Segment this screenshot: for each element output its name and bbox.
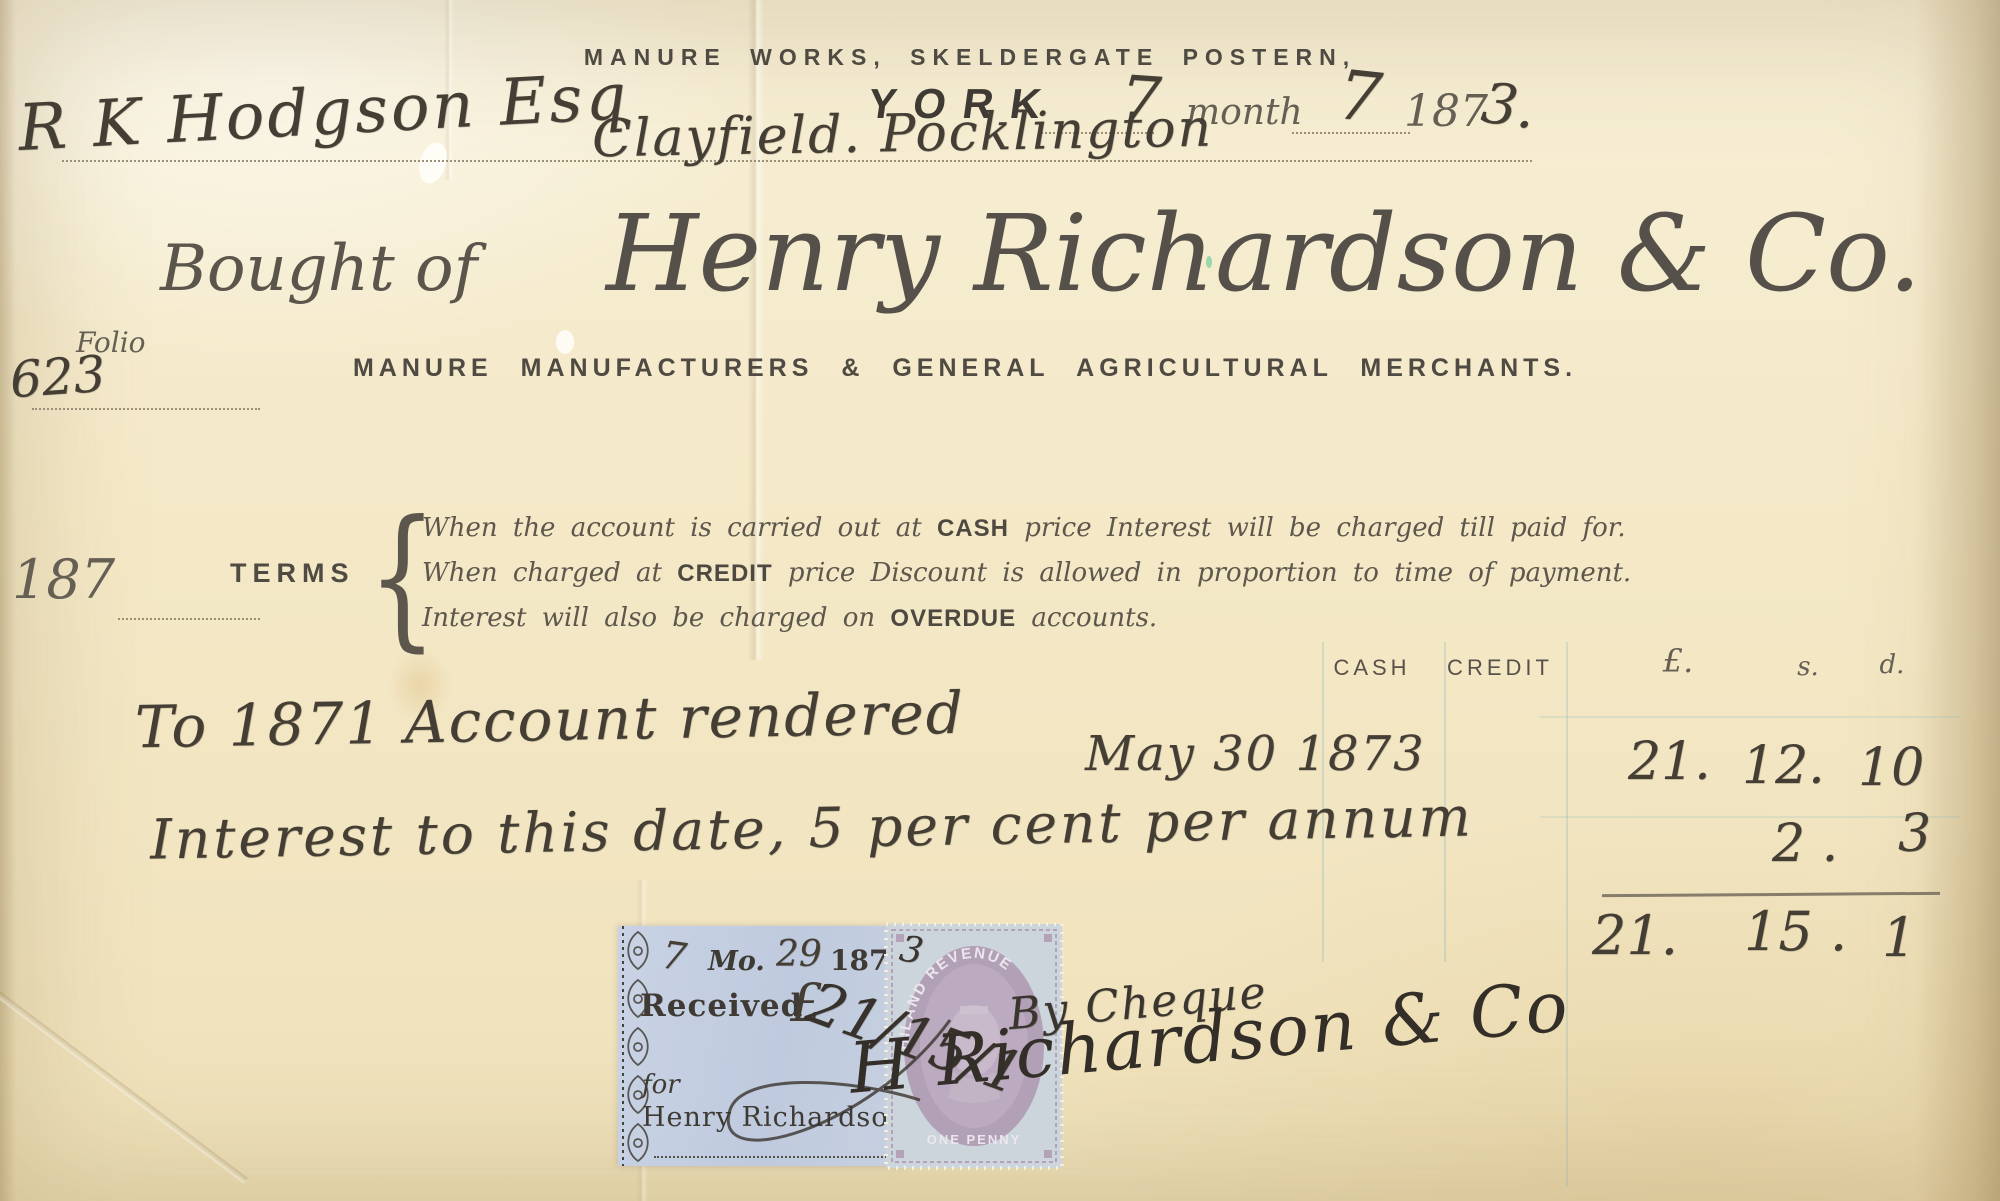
- printed-year-prefix: 187: [1404, 86, 1488, 137]
- terms-text: When charged at: [422, 558, 677, 588]
- column-header-pounds: £.: [1663, 642, 1694, 680]
- paper-fleck: [556, 330, 574, 354]
- account-row-date: May 30 1873: [1085, 726, 1426, 782]
- account-row-description: To 1871 Account rendered: [134, 679, 965, 761]
- customer-address: Clayfield. Pocklington: [592, 99, 1214, 170]
- terms-emphasis: CREDIT: [677, 560, 772, 587]
- terms-emphasis: CASH: [937, 515, 1009, 542]
- handwritten-year-digit: 3.: [1478, 71, 1540, 143]
- sum-rule: [1602, 892, 1940, 897]
- column-header-pence: d.: [1880, 650, 1905, 680]
- customer-name: R K Hodgson Esq: [16, 60, 630, 166]
- amount-shillings: 12.: [1742, 736, 1825, 796]
- amount-pence: 3: [1898, 804, 1931, 864]
- handwritten-day-number: 7: [1334, 56, 1385, 139]
- business-description: MANURE MANUFACTURERS & GENERAL AGRICULTU…: [353, 354, 1577, 383]
- column-header-shillings: s.: [1797, 652, 1819, 682]
- terms-text: price Discount is allowed in proportion …: [773, 558, 1632, 588]
- terms-emphasis: OVERDUE: [890, 605, 1016, 632]
- folio-rule: [32, 408, 260, 410]
- terms-line-2: When charged at CREDIT price Discount is…: [422, 551, 1631, 596]
- ledger-rule: [1540, 816, 1960, 818]
- total-pence: 1: [1882, 906, 1916, 969]
- terms-line-1: When the account is carried out at CASH …: [422, 506, 1631, 551]
- total-pounds: 21.: [1592, 904, 1678, 967]
- year-blank: 187: [12, 548, 115, 611]
- total-shillings: 15 .: [1744, 900, 1847, 963]
- works-address-line: MANURE WORKS, SKELDERGATE POSTERN,: [584, 44, 1356, 71]
- terms-text: Interest will also be charged on: [422, 603, 890, 633]
- amount-shillings: 2 .: [1772, 814, 1838, 874]
- ledger-rule: [1540, 716, 1960, 718]
- terms-block: When the account is carried out at CASH …: [422, 506, 1631, 641]
- account-row-description: Interest to this date, 5 per cent per an…: [150, 784, 1475, 871]
- ledger-rule: [1566, 642, 1568, 1187]
- terms-text: When the account is carried out at: [422, 513, 937, 543]
- year-rule: [118, 618, 260, 620]
- terms-text: accounts.: [1016, 603, 1157, 633]
- terms-text: price Interest will be charged till paid…: [1009, 513, 1626, 543]
- terms-line-3: Interest will also be charged on OVERDUE…: [422, 596, 1631, 641]
- amount-pence: 10: [1858, 738, 1924, 798]
- company-name: Henry Richardson & Co.: [606, 192, 1922, 315]
- column-header-credit: CREDIT: [1447, 655, 1553, 681]
- paper-crease: [0, 973, 248, 1183]
- invoice-document: MANURE WORKS, SKELDERGATE POSTERN, YORK …: [0, 0, 2000, 1201]
- amount-pounds: 21.: [1628, 732, 1711, 792]
- paper-edge-shadow: [1916, 0, 2000, 1201]
- column-header-cash: CASH: [1333, 655, 1410, 681]
- bought-of-label: Bought of: [160, 232, 477, 306]
- terms-label: TERMS: [230, 558, 355, 589]
- folio-number: 623: [8, 345, 107, 410]
